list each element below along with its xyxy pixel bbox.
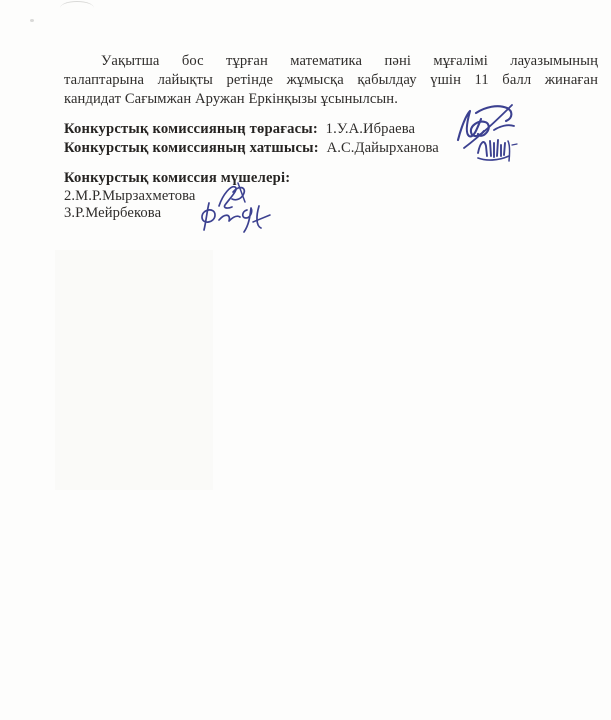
member-name: 3.Р.Мейрбекова	[64, 205, 161, 221]
scan-artifact-shade	[55, 250, 213, 490]
scan-artifact-dot	[30, 19, 34, 22]
member-row: 2.М.Р.Мырзахметова	[64, 187, 195, 205]
paragraph-line: Уақытша бос тұрған математика пәні мұғал…	[64, 52, 598, 71]
member-row: 3.Р.Мейрбекова	[64, 204, 161, 222]
secretary-signature-icon	[474, 133, 520, 165]
chairman-line: Конкурстық комиссияның төрағасы: 1.У.А.И…	[64, 120, 415, 138]
members-heading: Конкурстық комиссия мүшелері:	[64, 169, 290, 187]
secretary-label: Конкурстық комиссияның хатшысы:	[64, 140, 319, 156]
secretary-name: А.С.Дайырханова	[327, 140, 439, 156]
scan-artifact-curve	[60, 1, 94, 8]
secretary-line: Конкурстық комиссияның хатшысы: А.С.Дайы…	[64, 139, 439, 157]
paragraph-line: кандидат Сағымжан Аружан Еркінқызы ұсыны…	[64, 90, 598, 109]
recommendation-paragraph: Уақытша бос тұрған математика пәні мұғал…	[64, 52, 598, 110]
paragraph-line: талаптарына лайықты ретінде жұмысқа қабы…	[64, 71, 598, 90]
member-3-signature-icon	[192, 199, 274, 235]
chairman-name: 1.У.А.Ибраева	[326, 121, 415, 137]
chairman-label: Конкурстық комиссияның төрағасы:	[64, 121, 318, 137]
scanned-document-page: Уақытша бос тұрған математика пәні мұғал…	[0, 0, 611, 720]
member-name: 2.М.Р.Мырзахметова	[64, 188, 195, 204]
